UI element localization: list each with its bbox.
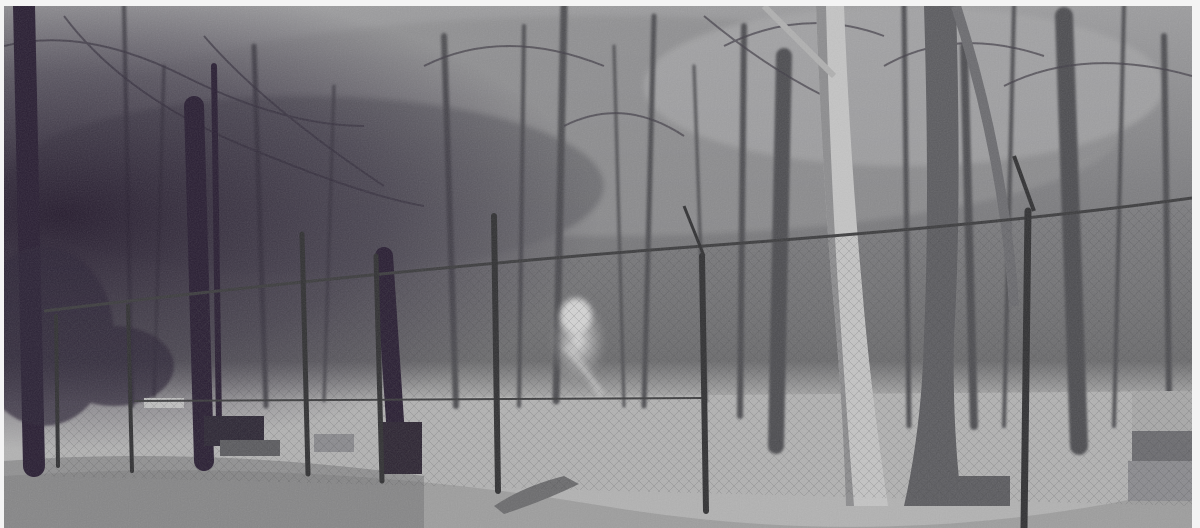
photo-frame: [0, 0, 1200, 528]
photograph: [4, 6, 1192, 528]
forest-scene: [4, 6, 1192, 528]
